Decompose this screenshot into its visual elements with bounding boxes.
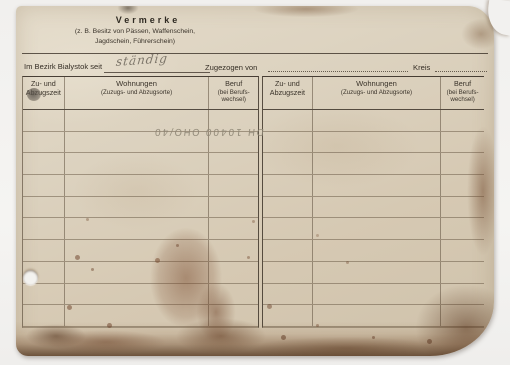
table-cell [441,153,484,174]
table-cell [209,218,258,239]
header-wohnungen-column: Wohnungen (Zuzugs- und Abzugsorte) [65,77,210,109]
bezirk-label: Im Bezirk Bialystok seit [24,62,102,71]
table-cell [441,305,484,326]
header-wohnungen-column: Wohnungen (Zuzugs- und Abzugsorte) [313,77,441,109]
table-row [23,240,258,262]
table-cell [263,110,313,131]
card-subtitle-line1: (z. B. Besitz von Pässen, Waffenschein, [20,28,250,35]
card-title: Vermerke [78,15,218,25]
table-cell [23,132,65,153]
table-cell [441,262,484,283]
table-cell [23,110,65,131]
table-cell [209,284,258,305]
header-zeit-column: Zu- und Abzugszeit [23,77,65,109]
table-cell [65,218,210,239]
table-header-row: Zu- und Abzugszeit Wohnungen (Zuzugs- un… [23,77,258,110]
table-row [263,240,484,262]
table-cell [263,218,313,239]
table-cell [65,262,210,283]
table-cell [263,153,313,174]
table-cell [65,240,210,261]
table-row [23,305,258,327]
table-cell [313,240,441,261]
table-cell [209,153,258,174]
table-cell [209,197,258,218]
table-cell [23,175,65,196]
card-subtitle-line2: Jagdschein, Führerschein) [20,38,250,45]
zugezogen-fill-line [268,71,408,72]
table-row [23,175,258,197]
table-cell [65,197,210,218]
table-row [23,262,258,284]
horizontal-rule [22,53,488,54]
bezirk-fill-line [104,72,210,73]
table-cell [263,175,313,196]
table-cell [313,197,441,218]
table-row [23,284,258,306]
kreis-label: Kreis [413,63,430,72]
table-cell [263,305,313,326]
table-cell [313,175,441,196]
table-cell [313,284,441,305]
table-cell [209,305,258,326]
table-row [263,132,484,154]
table-cell [65,284,210,305]
table-row [263,197,484,219]
table-body [23,110,258,327]
table-header-row: Zu- und Abzugszeit Wohnungen (Zuzugs- un… [263,77,484,110]
table-cell [263,240,313,261]
table-cell [209,240,258,261]
pencil-note-upside-down: DH 10400 OHO/40 [147,126,264,137]
kreis-fill-line [435,71,487,72]
table-cell [65,175,210,196]
header-beruf-column: Beruf (bei Berufs- wechsel) [209,77,258,109]
table-cell [23,153,65,174]
table-cell [23,240,65,261]
bezirk-handwritten-value: ständig [115,51,168,69]
table-cell [263,197,313,218]
table-cell [441,240,484,261]
table-cell [263,284,313,305]
table-cell [263,262,313,283]
table-cell [441,132,484,153]
table-row [263,153,484,175]
table-cell [313,262,441,283]
table-cell [23,197,65,218]
table-cell [441,110,484,131]
table-cell [23,262,65,283]
header-beruf-column: Beruf (bei Berufs- wechsel) [441,77,484,109]
table-cell [23,218,65,239]
table-cell [23,284,65,305]
table-row [23,153,258,175]
table-cell [313,110,441,131]
table-row [263,110,484,132]
table-cell [441,197,484,218]
table-cell [313,132,441,153]
table-cell [441,218,484,239]
zugezogen-label: Zugezogen von [205,63,257,72]
table-cell [313,218,441,239]
table-cell [441,284,484,305]
table-cell [65,153,210,174]
table-cell [23,305,65,326]
page-background: Vermerke (z. B. Besitz von Pässen, Waffe… [0,0,510,365]
movements-table-right: Zu- und Abzugszeit Wohnungen (Zuzugs- un… [262,76,484,328]
registration-card: Vermerke (z. B. Besitz von Pässen, Waffe… [16,6,494,356]
table-row [263,175,484,197]
table-row [263,218,484,240]
table-row [263,284,484,306]
table-body [263,110,484,327]
speckle-stains [16,6,19,9]
table-cell [263,132,313,153]
table-cell [313,305,441,326]
table-cell [65,305,210,326]
table-row [263,305,484,327]
table-row [23,197,258,219]
table-row [23,218,258,240]
movements-table-left: Zu- und Abzugszeit Wohnungen (Zuzugs- un… [22,76,259,328]
table-row [263,262,484,284]
table-cell [313,153,441,174]
header-zeit-column: Zu- und Abzugszeit [263,77,313,109]
table-cell [441,175,484,196]
table-cell [209,175,258,196]
table-cell [209,262,258,283]
